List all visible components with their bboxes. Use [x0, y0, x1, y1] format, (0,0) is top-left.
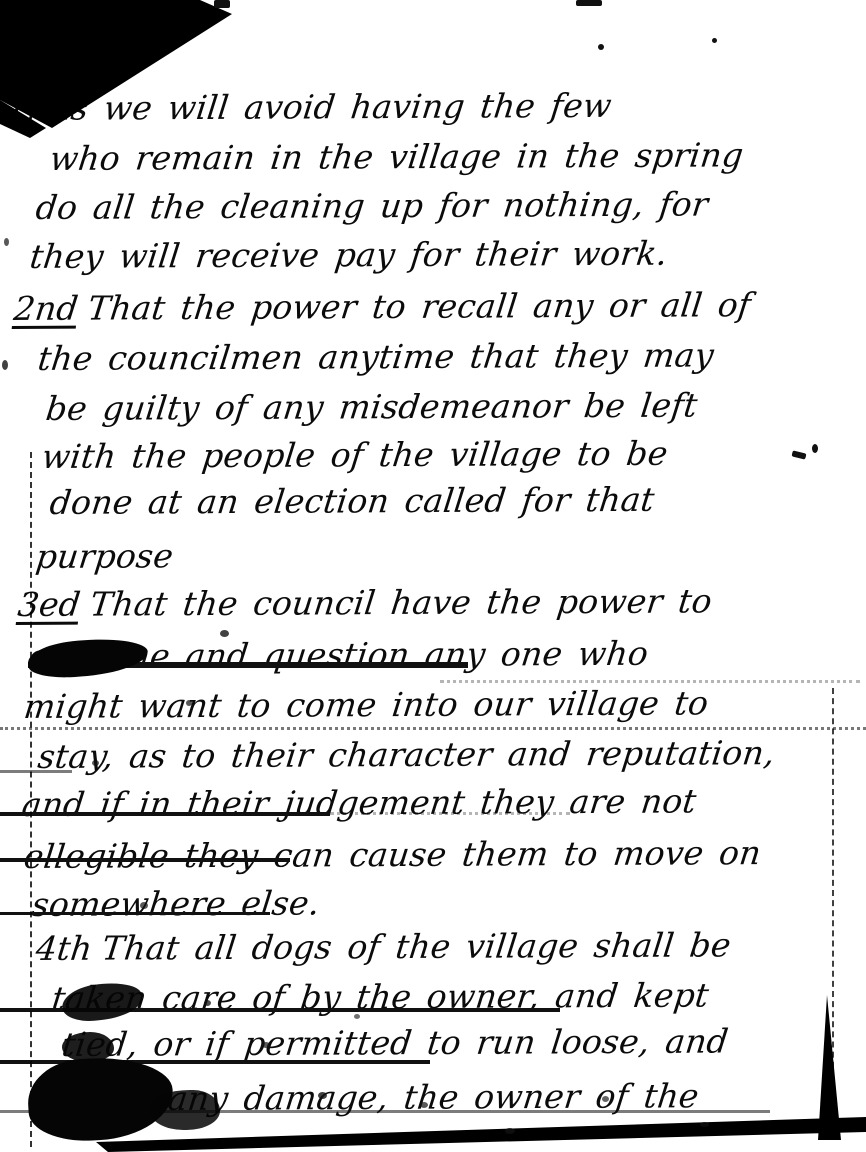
handwritten-line: do all the cleaning up for nothing, for: [34, 187, 710, 224]
scan-speck: [2, 360, 8, 370]
ruled-line: [440, 680, 860, 683]
scan-speck: [204, 1000, 211, 1006]
scan-speck: [700, 1122, 709, 1127]
handwritten-line: 4thThat all dogs of the village shall be: [34, 928, 733, 966]
handwritten-line: the councilmen anytime that they may: [36, 338, 715, 375]
line-text: That all dogs of the village shall be: [100, 925, 733, 967]
scan-speck: [602, 1096, 609, 1102]
scan-speck: [4, 238, 9, 246]
right-page-edge: [832, 688, 834, 1098]
line-text: and if in their judgement they are not: [20, 781, 699, 824]
handwritten-line: somewhere else.: [30, 886, 322, 921]
line-text: tied, or if permitted to run loose, and: [60, 1022, 731, 1064]
scan-speck: [420, 1102, 428, 1108]
handwritten-line: stay, as to their character and reputati…: [36, 736, 777, 773]
scan-speck: [186, 700, 192, 706]
handwritten-line: who remain in the village in the spring: [48, 138, 745, 175]
line-text: who remain in the village in the spring: [48, 135, 746, 178]
handwritten-line: tied, or if permitted to run loose, and: [60, 1025, 730, 1061]
scan-speck: [712, 38, 717, 43]
line-text: purpose: [34, 536, 176, 576]
ruled-line: [0, 912, 270, 915]
scan-speck: [262, 1042, 270, 1048]
handwritten-line: with the people of the village to be: [40, 437, 670, 473]
line-text: with the people of the village to be: [40, 434, 670, 476]
handwritten-line: be guilty of any misdemeanor be left: [44, 389, 699, 425]
ruled-line: [0, 727, 866, 730]
line-text: do all the cleaning up for nothing, for: [34, 184, 711, 227]
line-text: the councilmen anytime that they may: [36, 335, 716, 378]
scan-speck: [598, 44, 604, 50]
ruled-line: [0, 858, 290, 862]
ordinal-underlined: 2nd: [12, 292, 80, 329]
line-text: done at an election called for that: [48, 480, 657, 522]
ruled-line: [330, 812, 570, 815]
scan-speck: [812, 444, 818, 453]
scan-speck: [92, 760, 99, 766]
scan-speck: [791, 450, 806, 459]
line-text: That the power to recall any or all of: [86, 285, 753, 327]
line-text: stay, as to their character and reputati…: [36, 733, 777, 776]
scan-speck: [140, 902, 148, 909]
ruled-line: [0, 770, 72, 773]
line-text: somewhere else.: [30, 883, 322, 924]
line-text: ellegible they can cause them to move on: [22, 833, 763, 876]
handwritten-line: they will receive pay for their work.: [28, 237, 669, 273]
line-text: That the council have the power to: [88, 581, 714, 623]
ordinal-underlined: 3ed: [16, 588, 83, 625]
handwritten-line: might want to come into our village to: [22, 686, 710, 723]
left-margin-line: [30, 452, 32, 1147]
handwritten-line: 2ndThat the power to recall any or all o…: [12, 288, 753, 329]
scan-speck: [220, 630, 229, 637]
ink-blot: [150, 1090, 220, 1130]
handwritten-line: ellegible they can cause them to move on: [22, 836, 763, 873]
line-text: might want to come into our village to: [22, 683, 711, 726]
scan-speck: [354, 1014, 360, 1019]
handwritten-line: done at an election called for that: [48, 483, 656, 519]
ruled-line: [0, 812, 330, 816]
scan-speck: [505, 1128, 515, 1134]
scanned-document-page: Thus we will avoid having the few who re…: [0, 0, 866, 1152]
line-text: be guilty of any misdemeanor be left: [44, 386, 700, 428]
scan-speck: [214, 0, 230, 8]
ordinal: 4th: [34, 932, 94, 966]
scan-speck: [576, 0, 602, 6]
handwritten-line: purpose: [34, 539, 175, 573]
scan-speck: [318, 1092, 327, 1099]
handwritten-line: 3edThat the council have the power to: [16, 584, 714, 625]
line-text: they will receive pay for their work.: [28, 234, 670, 276]
